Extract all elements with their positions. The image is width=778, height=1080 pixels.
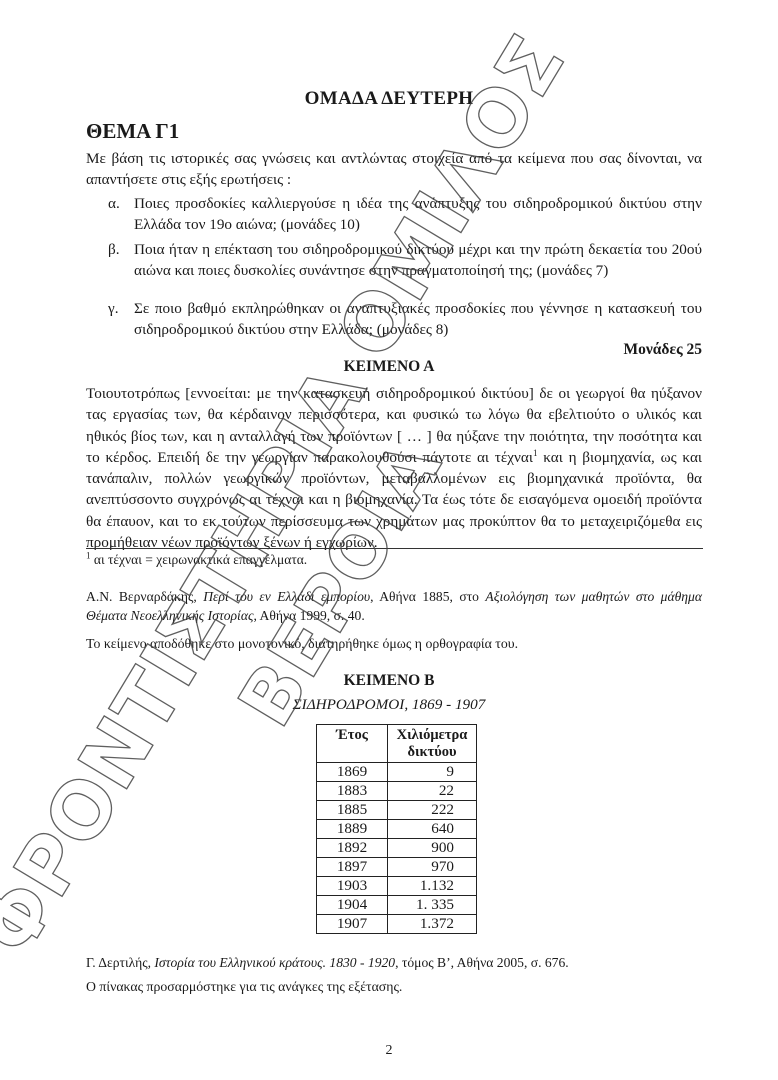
source-author: Γ. Δερτιλής, <box>86 955 154 970</box>
footnote: 1 αι τέχναι = χειρωνακτικά επαγγέλματα. <box>86 552 307 568</box>
text-a-source: Α.Ν. Βερναρδάκης, Περί του εν Ελλάδι εμπ… <box>86 587 702 625</box>
railway-table: Έτος Χιλιόμετρα δικτύου 1869918832218852… <box>316 724 477 934</box>
source-title: Περί του εν Ελλάδι εμπορίου <box>203 589 370 604</box>
table-row: 18699 <box>317 763 477 782</box>
table-row: 1892900 <box>317 839 477 858</box>
group-title: ΟΜΑΔΑ ΔΕΥΤΕΡΗ <box>0 88 778 110</box>
km-cell: 9 <box>388 763 477 782</box>
year-cell: 1889 <box>317 820 388 839</box>
question-label: β. <box>108 240 134 281</box>
km-cell: 970 <box>388 858 477 877</box>
year-cell: 1883 <box>317 782 388 801</box>
source-end: , Αθήνα 1999, σ. 40. <box>253 608 364 623</box>
text-a-note: Το κείμενο αποδόθηκε στο μονοτονικό, δια… <box>86 636 518 652</box>
question-label: γ. <box>108 299 134 340</box>
footnote-divider <box>86 548 703 549</box>
footnote-text: αι τέχναι = χειρωνακτικά επαγγέλματα. <box>94 552 307 567</box>
table-header-row: Έτος Χιλιόμετρα δικτύου <box>317 725 477 763</box>
year-cell: 1904 <box>317 896 388 915</box>
source-end: , τόμος Β’, Αθήνα 2005, σ. 676. <box>395 955 569 970</box>
km-cell: 1.132 <box>388 877 477 896</box>
table-row: 1897970 <box>317 858 477 877</box>
question-text: Σε ποιο βαθμό εκπληρώθηκαν οι αναπτυξιακ… <box>134 299 702 340</box>
table-row: 19071.372 <box>317 915 477 934</box>
question-b: β. Ποια ήταν η επέκταση του σιδηροδρομικ… <box>108 240 702 281</box>
text-b-note: Ο πίνακας προσαρμόστηκε για τις ανάγκες … <box>86 979 402 995</box>
year-cell: 1869 <box>317 763 388 782</box>
table-row: 1885222 <box>317 801 477 820</box>
column-header-km: Χιλιόμετρα δικτύου <box>388 725 477 763</box>
text-a-heading: ΚΕΙΜΕΝΟ Α <box>0 358 778 376</box>
column-header-year: Έτος <box>317 725 388 763</box>
page-number: 2 <box>0 1043 778 1059</box>
year-cell: 1903 <box>317 877 388 896</box>
km-cell: 1.372 <box>388 915 477 934</box>
intro-paragraph: Με βάση τις ιστορικές σας γνώσεις και αν… <box>86 148 702 190</box>
km-cell: 640 <box>388 820 477 839</box>
footnote-number: 1 <box>86 551 91 561</box>
table-row: 19031.132 <box>317 877 477 896</box>
year-cell: 1907 <box>317 915 388 934</box>
table-row: 19041. 335 <box>317 896 477 915</box>
question-text: Ποιες προσδοκίες καλλιεργούσε η ιδέα της… <box>134 194 702 235</box>
source-author: Α.Ν. Βερναρδάκης, <box>86 589 203 604</box>
question-label: α. <box>108 194 134 235</box>
text-b-source: Γ. Δερτιλής, Ιστορία του Ελληνικού κράτο… <box>86 955 569 971</box>
source-mid: , Αθήνα 1885, στο <box>370 589 485 604</box>
question-text: Ποια ήταν η επέκταση του σιδηροδρομικού … <box>134 240 702 281</box>
km-cell: 1. 335 <box>388 896 477 915</box>
table-caption: ΣΙΔΗΡΟΔΡΟΜΟΙ, 1869 - 1907 <box>0 696 778 714</box>
question-a: α. Ποιες προσδοκίες καλλιεργούσε η ιδέα … <box>108 194 702 235</box>
topic-title: ΘΕΜΑ Γ1 <box>86 119 179 144</box>
table-row: 1889640 <box>317 820 477 839</box>
year-cell: 1892 <box>317 839 388 858</box>
km-cell: 222 <box>388 801 477 820</box>
question-c: γ. Σε ποιο βαθμό εκπληρώθηκαν οι αναπτυξ… <box>108 299 702 340</box>
source-title: Ιστορία του Ελληνικού κράτους. 1830 - 19… <box>154 955 395 970</box>
km-cell: 22 <box>388 782 477 801</box>
year-cell: 1897 <box>317 858 388 877</box>
table-row: 188322 <box>317 782 477 801</box>
year-cell: 1885 <box>317 801 388 820</box>
text-b-heading: ΚΕΙΜΕΝΟ Β <box>0 672 778 690</box>
km-cell: 900 <box>388 839 477 858</box>
exam-page: ΟΜΑΔΑ ΔΕΥΤΕΡΗ ΘΕΜΑ Γ1 Με βάση τις ιστορι… <box>0 0 778 1080</box>
total-marks: Μονάδες 25 <box>623 341 702 359</box>
text-a-body: Τοιουτοτρόπως [εννοείται: με την κατασκε… <box>86 383 702 553</box>
